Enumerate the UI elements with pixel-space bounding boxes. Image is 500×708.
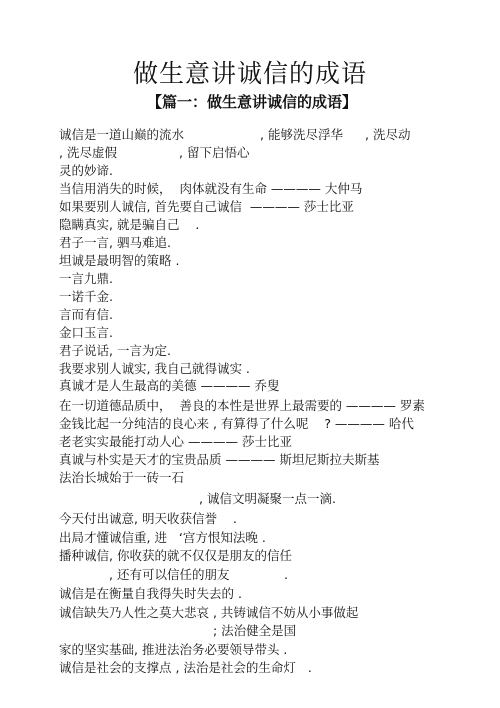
text-segment: 如果要别人诚信, 首先要自己诚信 ———— 莎士比亚	[59, 199, 354, 215]
text-segment: 播种诚信, 你收获的就不仅仅是朋友的信任	[59, 548, 292, 564]
text-segment: , 留下启悟心	[179, 145, 249, 161]
text-segment: 在一切道德品质中， 善良的本性是世界上最需要的 ———— 罗素	[59, 398, 425, 414]
text-segment: 老老实实最能打动人心 ———— 莎士比亚	[59, 434, 292, 450]
text-segment: 诚信是社会的支撑点 , 法治是社会的生命灯 .	[59, 660, 312, 676]
text-segment: 法治长城始于一砖一石	[59, 470, 184, 486]
text-segment: 出局才懂诚信重, 进 ‘宫方恨知法晚 .	[59, 530, 266, 546]
text-segment: 一诺千金.	[59, 289, 113, 305]
text-segment: 一言九鼎.	[59, 271, 113, 287]
text-segment: 灵的妙谛.	[59, 163, 113, 179]
text-segment: 言而有信.	[59, 307, 113, 323]
document-title: 做生意讲诚信的成语	[0, 58, 500, 90]
text-segment: 真诚才是人生最高的美德 ———— 乔叟	[59, 378, 279, 394]
text-segment: 隐瞒真实, 就是骗自己 .	[59, 217, 199, 233]
text-segment: .	[284, 567, 288, 583]
text-segment: , 洗尽虚假	[59, 145, 117, 161]
text-segment: 诚信是在衡量自我得失时失去的 .	[59, 586, 242, 602]
text-segment: 我要求别人诚实, 我自己就得诚实 .	[59, 361, 250, 377]
text-segment: ; 法治健全是国	[213, 623, 296, 639]
text-segment: , 还有可以信任的朋友	[109, 567, 229, 583]
text-segment: , 诚信文明凝聚一点一滴.	[199, 491, 336, 507]
text-segment: 家的坚实基础, 推进法治务必要领导带头 .	[59, 642, 287, 658]
text-segment: 今天付出诚意, 明天收获信誉 .	[59, 511, 237, 527]
text-segment: 君子说话, 一言为定.	[59, 343, 171, 359]
text-segment: 真诚与朴实是天才的宝贵品质 ———— 斯坦尼斯拉夫斯基	[59, 452, 379, 468]
text-segment: 金钱比起一分纯洁的良心来 , 有算得了什么呢 ? ———— 哈代	[59, 416, 414, 432]
text-segment: 君子一言, 驷马难追.	[59, 235, 171, 251]
text-segment: 金口玉言.	[59, 325, 113, 341]
text-segment: , 能够洗尽浮华	[260, 127, 343, 143]
text-segment: 当信用消失的时候， 肉体就没有生命 ———— 大仲马	[59, 181, 362, 197]
text-segment: 诚信是一道山巅的流水	[59, 127, 184, 143]
text-segment: , 洗尽动	[365, 127, 410, 143]
text-segment: 诚信缺失乃人性之莫大悲哀 , 共铸诚信不妨从小事做起	[59, 605, 358, 621]
text-segment: 坦诚是最明智的策略 .	[59, 253, 179, 269]
document-subtitle: 【篇一：做生意讲诚信的成语】	[0, 92, 500, 112]
